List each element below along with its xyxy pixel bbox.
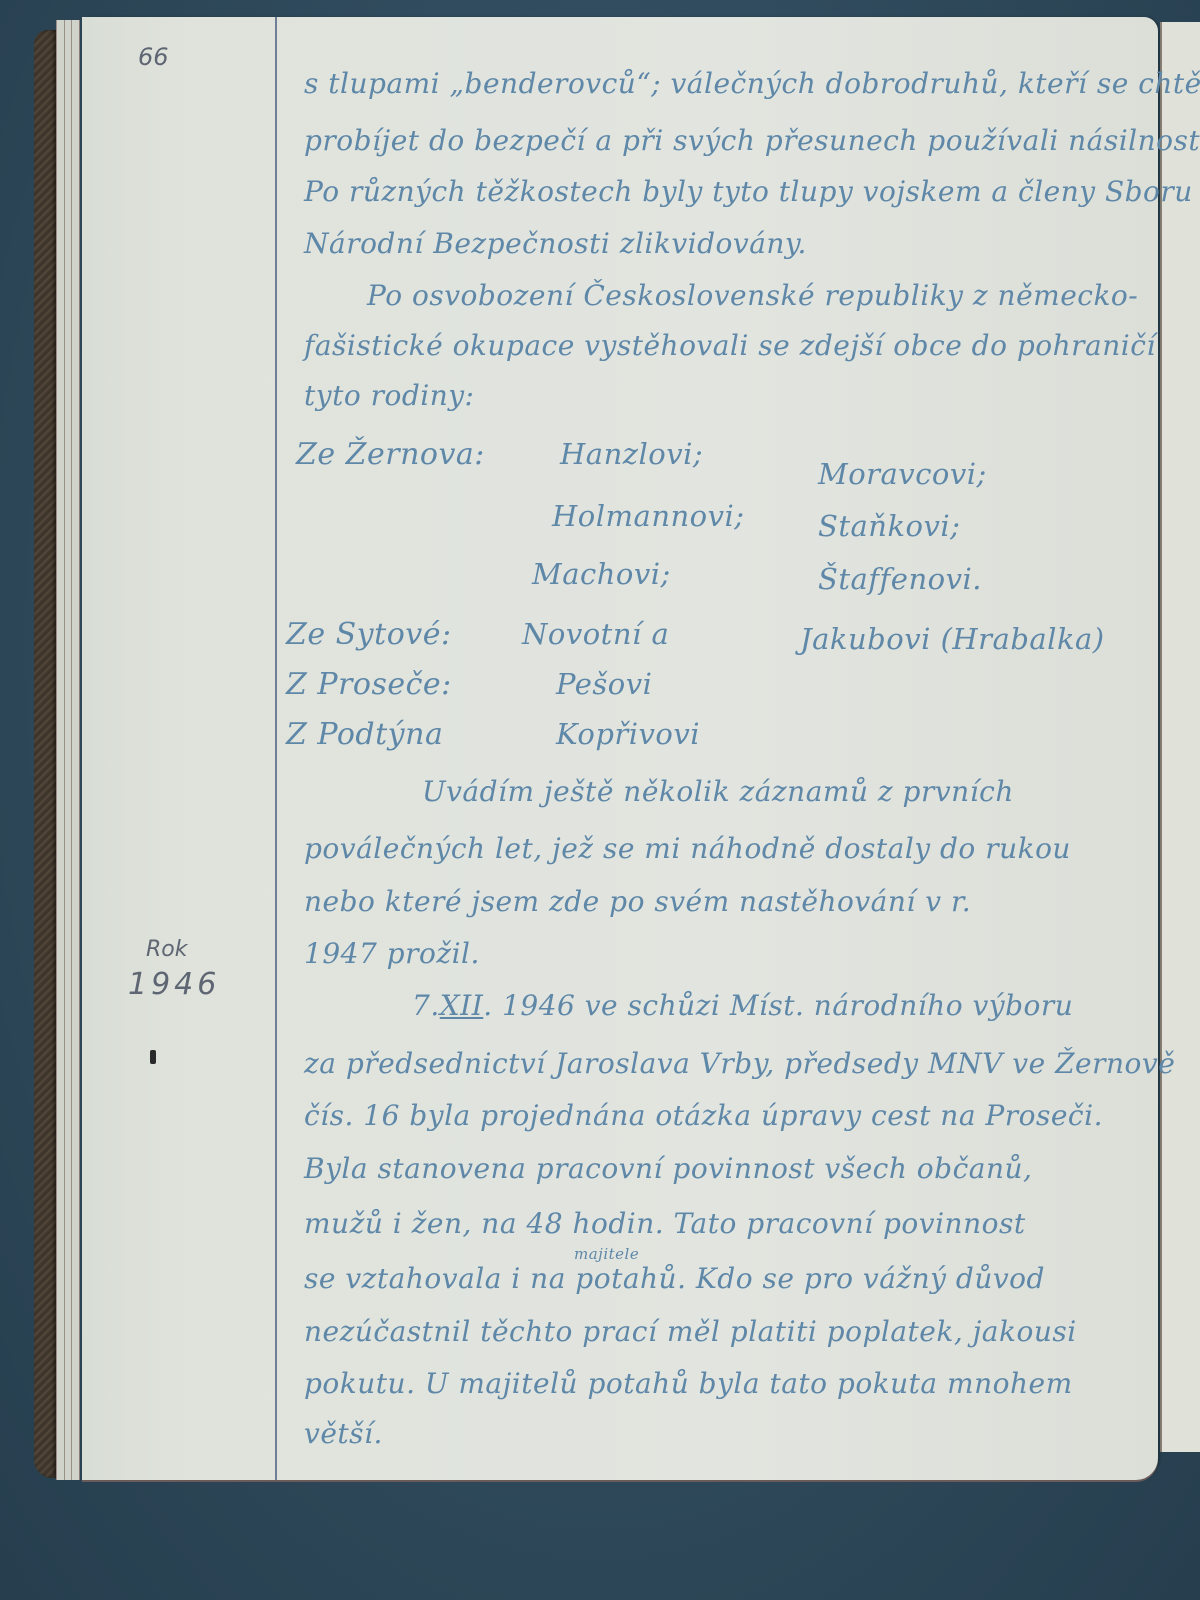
- date-rest: . 1946 ve schůzi Míst. národního výboru: [483, 989, 1073, 1022]
- text-line: fašistické okupace vystěhovali se zdejší…: [304, 329, 1156, 362]
- village-label: Z Podtýna: [286, 717, 443, 752]
- text-line: poválečných let, jež se mi náhodně dosta…: [304, 832, 1071, 865]
- text-line: Po osvobození Československé republiky z…: [367, 279, 1138, 312]
- text-line: Národní Bezpečnosti zlikvidovány.: [304, 227, 807, 260]
- text-line: s tlupami „benderovců“; válečných dobrod…: [304, 67, 1200, 100]
- family-name: Holmannovi;: [552, 499, 745, 533]
- year-label: Rok: [146, 937, 188, 962]
- text-line: tyto rodiny:: [304, 379, 475, 412]
- family-name: Kopřivovi: [556, 717, 700, 751]
- family-name: Jakubovi (Hrabalka): [800, 622, 1105, 656]
- text-line: Uvádím ještě několik záznamů z prvních: [422, 775, 1014, 808]
- family-name: Machovi;: [532, 557, 671, 591]
- family-name: Štaffenovi.: [818, 562, 982, 596]
- text-line: probíjet do bezpečí a při svých přesunec…: [304, 124, 1200, 157]
- margin-rule: [275, 17, 277, 1480]
- text-line: mužů i žen, na 48 hodin. Tato pracovní p…: [304, 1207, 1026, 1240]
- text-line: za předsednictví Jaroslava Vrby, předsed…: [304, 1047, 1175, 1080]
- date-month: XII: [440, 989, 484, 1022]
- text-line: čís. 16 byla projednána otázka úpravy ce…: [304, 1099, 1103, 1132]
- text-line: se vztahovala i na potahů. Kdo se pro vá…: [304, 1262, 1045, 1295]
- text-line: pokutu. U majitelů potahů byla tato poku…: [304, 1367, 1073, 1400]
- village-label: Z Proseče:: [286, 667, 452, 702]
- page-edge-stack: [71, 20, 80, 1480]
- book-spine: [34, 30, 56, 1478]
- text-line: nebo které jsem zde po svém nastěhování …: [304, 885, 971, 918]
- text-line: nezúčastnil těchto prací měl platiti pop…: [304, 1315, 1077, 1348]
- village-label: Ze Žernova:: [296, 437, 485, 472]
- binding-mark: [150, 1050, 156, 1064]
- text-line: větší.: [304, 1417, 383, 1450]
- family-name: Hanzlovi;: [560, 437, 703, 471]
- text-line: 7.XII. 1946 ve schůzi Míst. národního vý…: [412, 989, 1073, 1022]
- family-name: Novotní a: [522, 617, 669, 651]
- date-day: 7.: [412, 989, 440, 1022]
- text-line: Po různých těžkostech byly tyto tlupy vo…: [304, 175, 1193, 208]
- family-name: Pešovi: [556, 667, 652, 701]
- chronicle-page: 66 Rok 1946 s tlupami „benderovců“; vále…: [82, 17, 1158, 1480]
- family-name: Moravcovi;: [818, 457, 987, 491]
- family-name: Staňkovi;: [818, 509, 960, 543]
- facing-page-edge: [1160, 22, 1200, 1452]
- year-value: 1946: [128, 967, 220, 1002]
- text-line: Byla stanovena pracovní povinnost všech …: [304, 1152, 1032, 1185]
- page-number: 66: [138, 43, 169, 71]
- text-line: 1947 prožil.: [304, 937, 480, 970]
- village-label: Ze Sytové:: [286, 617, 452, 652]
- inserted-word: majitele: [574, 1245, 639, 1263]
